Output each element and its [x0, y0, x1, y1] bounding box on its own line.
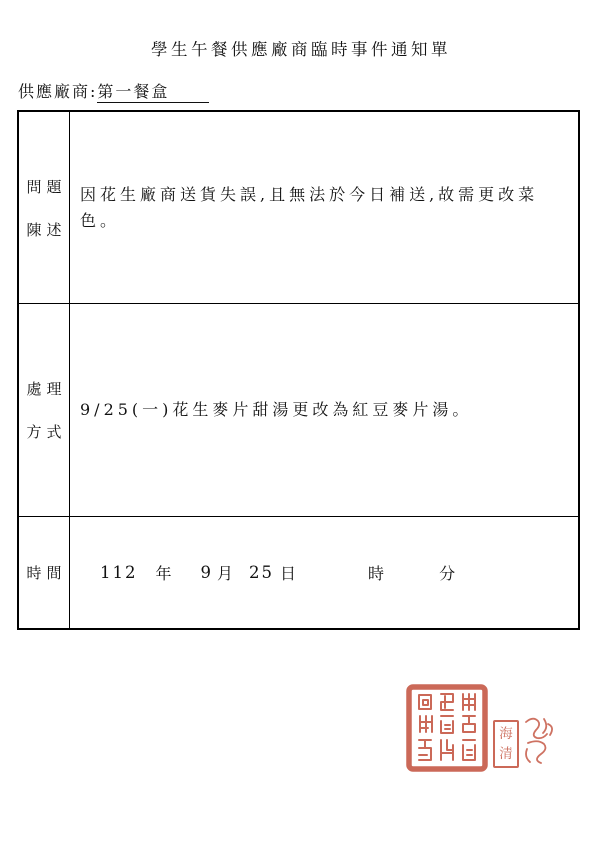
time-month-unit: 月 [217, 561, 234, 584]
notification-form-page: 學生午餐供應廠商臨時事件通知單 供應廠商:第一餐盒 問題 陳述 因花生廠商送貨失… [0, 0, 602, 844]
cell-problem-statement: 因花生廠商送貨失誤,且無法於今日補送,故需更改菜色。 [70, 112, 578, 304]
time-day-value: 25 [249, 563, 274, 582]
problem-statement-text: 因花生廠商送貨失誤,且無法於今日補送,故需更改菜色。 [80, 182, 574, 233]
cell-time: 112 年 9 月 25 日 時 分 [70, 517, 578, 628]
row-label-line: 問題 [21, 176, 66, 197]
stamp-area: 海 清 [403, 683, 578, 798]
page-title: 學生午餐供應廠商臨時事件通知單 [0, 36, 602, 60]
row-label-line: 方式 [21, 421, 66, 442]
handwritten-signature [520, 715, 556, 767]
name-seal: 海 清 [493, 720, 519, 768]
time-year-unit: 年 [156, 561, 173, 584]
row-label-time: 時間 [19, 517, 70, 628]
time-day-unit: 日 [280, 561, 297, 584]
time-hour-unit: 時 [368, 561, 385, 584]
row-label-handling-method: 處理 方式 [19, 304, 70, 517]
supplier-line: 供應廠商:第一餐盒 [18, 79, 209, 102]
row-label-line: 時間 [21, 562, 66, 583]
time-month-value: 9 [201, 563, 214, 582]
company-seal-icon [405, 683, 489, 773]
row-label-problem-statement: 問題 陳述 [19, 112, 70, 304]
incident-table: 問題 陳述 因花生廠商送貨失誤,且無法於今日補送,故需更改菜色。 處理 方式 9… [17, 110, 580, 630]
name-seal-char: 清 [499, 744, 513, 764]
time-minute-unit: 分 [439, 561, 456, 584]
name-seal-char: 海 [499, 724, 513, 744]
time-year-value: 112 [100, 563, 138, 582]
supplier-label: 供應廠商: [18, 82, 97, 101]
row-label-line: 陳述 [21, 219, 66, 240]
supplier-name: 第一餐盒 [97, 82, 209, 103]
handling-method-text: 9/25(一)花生麥片甜湯更改為紅豆麥片湯。 [80, 397, 472, 423]
row-label-line: 處理 [21, 378, 66, 399]
cell-handling-method: 9/25(一)花生麥片甜湯更改為紅豆麥片湯。 [70, 304, 578, 517]
